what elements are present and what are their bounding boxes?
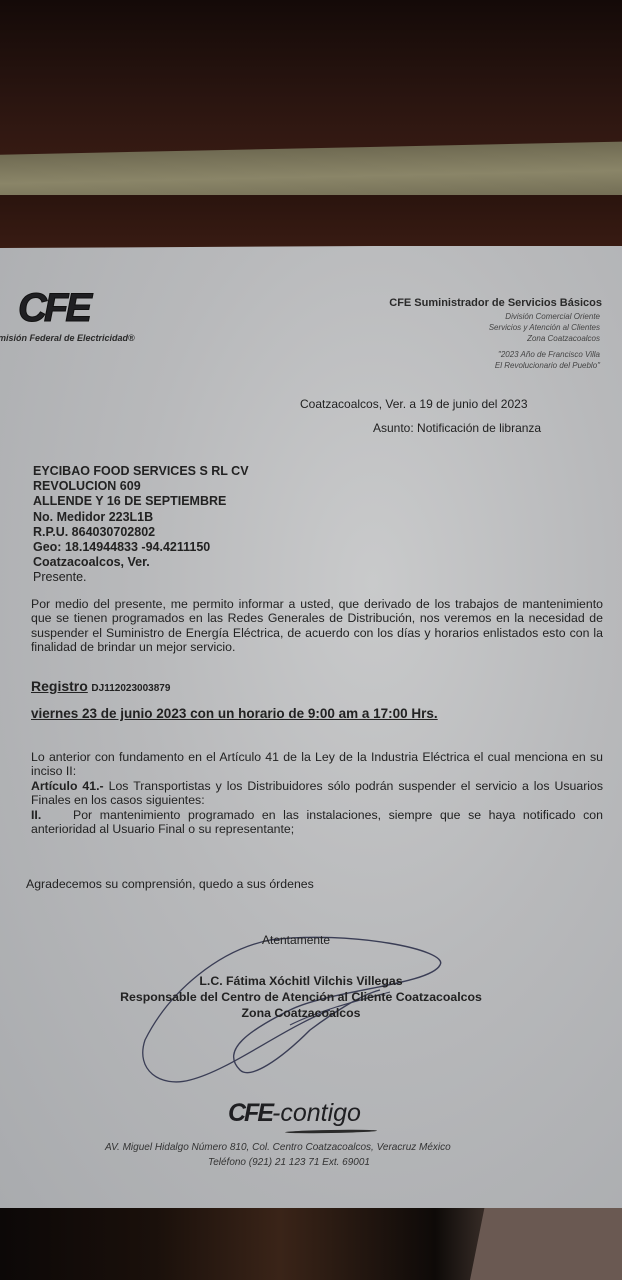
recipient-street: REVOLUCION 609 [33, 479, 333, 494]
article-41: Artículo 41.- Los Transportistas y los D… [31, 779, 603, 808]
division-line: División Comercial Oriente [505, 312, 600, 321]
recipient-geo: Geo: 18.14944833 -94.4211150 [33, 540, 333, 555]
cfe-logo-tagline: misión Federal de Electricidad® [0, 333, 135, 343]
footer-address: AV. Miguel Hidalgo Número 810, Col. Cent… [105, 1142, 451, 1153]
recipient-city: Coatzacoalcos, Ver. [33, 555, 333, 570]
subject-line: Asunto: Notificación de libranza [373, 421, 541, 435]
recipient-greeting: Presente. [33, 570, 333, 585]
recipient-name: EYCIBAO FOOD SERVICES S RL CV [33, 464, 333, 479]
signer-title: Responsable del Centro de Atención al Cl… [96, 989, 506, 1005]
place-date: Coatzacoalcos, Ver. a 19 de junio del 20… [300, 397, 528, 411]
registro-line: Registro DJ112023003879 [31, 678, 170, 694]
recipient-rpu: R.P.U. 864030702802 [33, 525, 333, 540]
article-text: Los Transportistas y los Distribuidores … [31, 779, 603, 807]
item-text: Por mantenimiento programado en las inst… [31, 808, 603, 836]
item-roman: II. [31, 808, 73, 822]
service-line: Servicios y Atención al Clientes [489, 323, 600, 332]
legal-intro: Lo anterior con fundamento en el Artícul… [31, 750, 603, 779]
legal-basis-block: Lo anterior con fundamento en el Artícul… [31, 750, 603, 836]
recipient-cross-streets: ALLENDE Y 16 DE SEPTIEMBRE [33, 494, 333, 509]
supplier-title: CFE Suministrador de Servicios Básicos [389, 297, 602, 309]
notice-paragraph: Por medio del presente, me permito infor… [31, 597, 603, 655]
recipient-meter: No. Medidor 223L1B [33, 510, 333, 525]
cfe-logo: CFE [18, 286, 89, 331]
zone-line: Zona Coatzacoalcos [527, 334, 600, 343]
motto-line-2: El Revolucionario del Pueblo" [495, 361, 600, 370]
contigo-logo-text: -contigo [272, 1099, 361, 1127]
signer-block: L.C. Fátima Xóchitl Vilchis Villegas Res… [96, 973, 506, 1021]
article-item-ii: II.Por mantenimiento programado en las i… [31, 808, 603, 837]
registro-label: Registro [31, 678, 88, 694]
background-floor-tile [470, 1200, 622, 1280]
motto-line-1: "2023 Año de Francisco Villa [498, 350, 600, 359]
cfe-contigo-logo: CFE-contigo [228, 1099, 361, 1128]
recipient-block: EYCIBAO FOOD SERVICES S RL CV REVOLUCION… [33, 464, 333, 586]
registro-number: DJ112023003879 [91, 683, 170, 694]
article-label: Artículo 41.- [31, 779, 104, 793]
signer-zone: Zona Coatzacoalcos [96, 1005, 506, 1021]
signer-name: L.C. Fátima Xóchitl Vilchis Villegas [96, 973, 506, 989]
footer-phone: Teléfono (921) 21 123 71 Ext. 69001 [208, 1157, 370, 1168]
closing-salutation: Atentamente [262, 933, 330, 947]
contigo-logo-cfe: CFE [228, 1099, 272, 1127]
outage-schedule: viernes 23 de junio 2023 con un horario … [31, 706, 438, 721]
thanks-line: Agradecemos su comprensión, quedo a sus … [26, 877, 314, 891]
